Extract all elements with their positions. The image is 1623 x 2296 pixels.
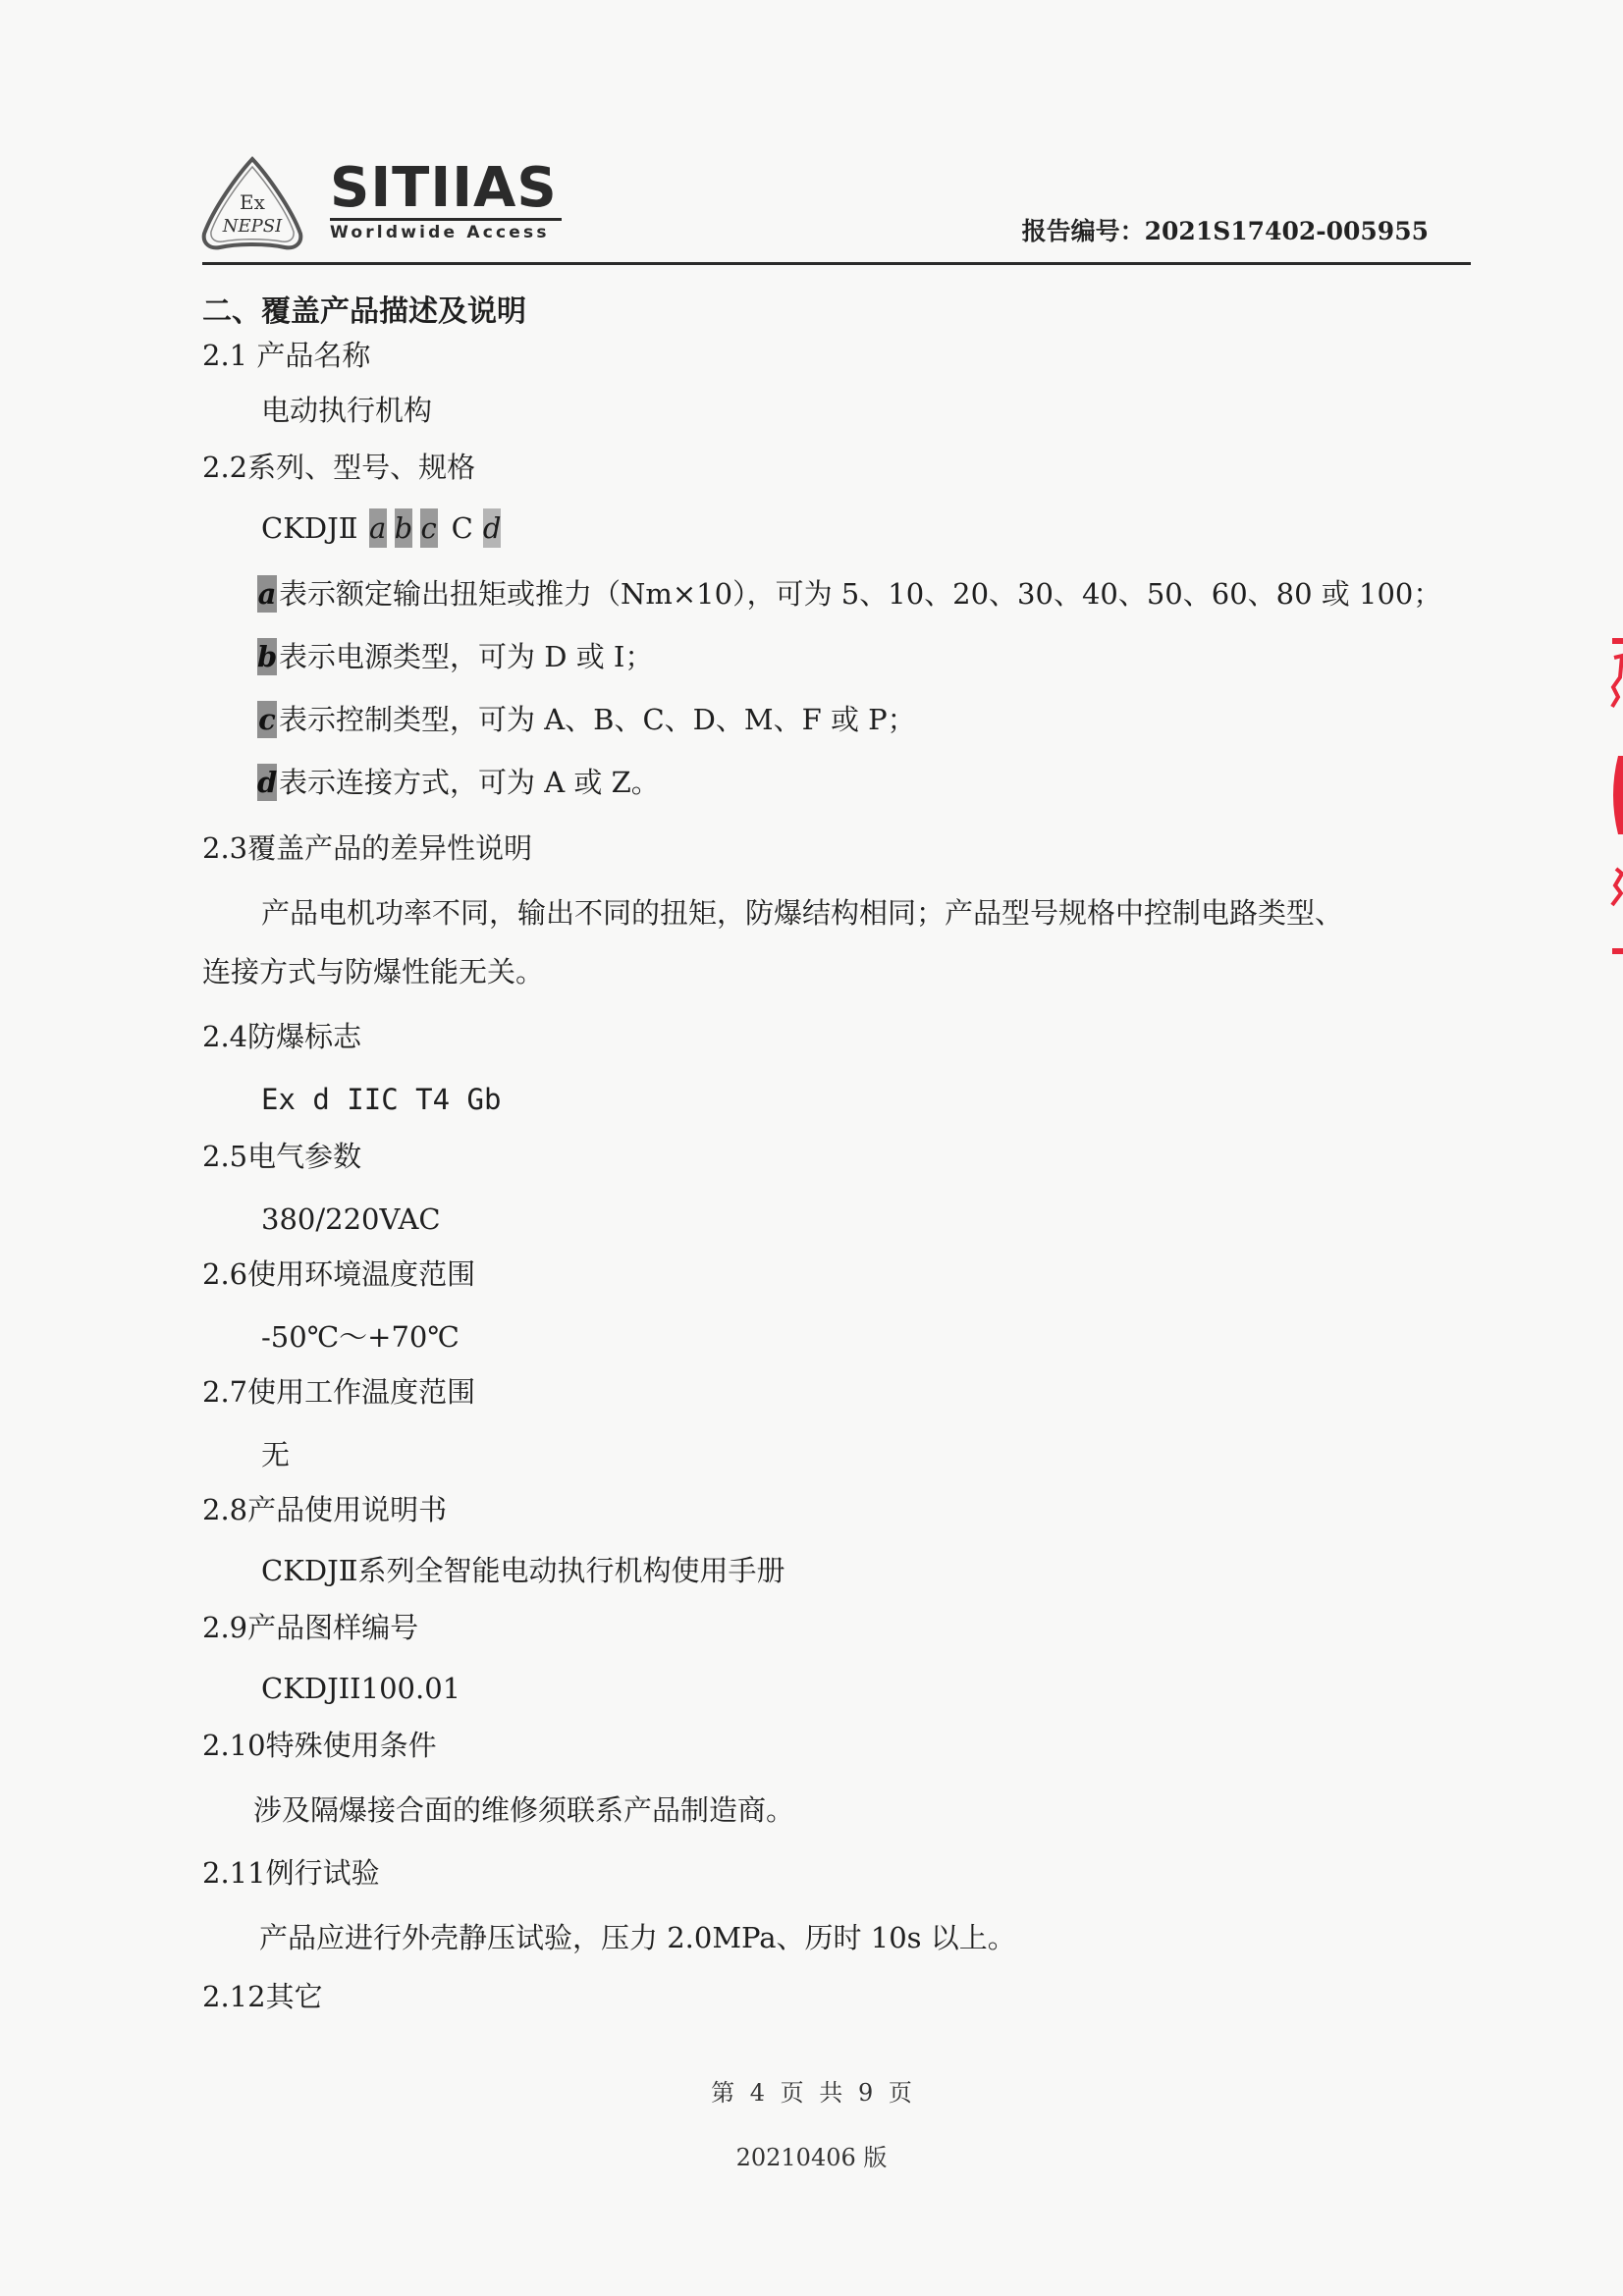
item-2-5-heading: 2.5电气参数 (202, 1139, 361, 1174)
item-2-1-heading: 2.1 产品名称 (202, 338, 370, 373)
item-label: 使用环境温度范围 (247, 1257, 475, 1291)
model-var-d: d (483, 508, 501, 548)
item-2-11-heading: 2.11例行试验 (202, 1855, 380, 1891)
model-var-a: a (369, 508, 387, 548)
item-label: 使用工作温度范围 (247, 1375, 475, 1409)
item-2-4-heading: 2.4防爆标志 (202, 1019, 361, 1054)
definition-d: d表示连接方式，可为 A 或 Z。 (257, 764, 660, 801)
definition-var: b (257, 638, 277, 675)
nepsi-ex-logo-icon: Ex NEPSI (198, 155, 306, 253)
item-2-7-value: 无 (261, 1437, 290, 1472)
item-number: 2.9 (202, 1611, 247, 1644)
item-label: 特殊使用条件 (266, 1729, 437, 1762)
item-label: 防爆标志 (247, 1020, 361, 1053)
model-code: CKDJⅡ abcCd (261, 508, 507, 548)
item-label: 覆盖产品的差异性说明 (247, 831, 532, 865)
brand-tagline: Worldwide Access (330, 223, 575, 242)
item-label: 产品图样编号 (247, 1611, 418, 1644)
definition-text: 表示电源类型，可为 D 或 I； (279, 640, 653, 673)
item-label: 电气参数 (247, 1140, 361, 1173)
item-number: 2.3 (202, 831, 247, 865)
item-label: 系列、型号、规格 (247, 451, 475, 484)
item-2-8-value: CKDJⅡ系列全智能电动执行机构使用手册 (261, 1553, 784, 1588)
report-number-label: 报告编号： (1022, 217, 1145, 245)
item-2-12-heading: 2.12其它 (202, 1979, 323, 2014)
item-2-11-value: 产品应进行外壳静压试验，压力 2.0MPa、历时 10s 以上。 (259, 1920, 1016, 1955)
model-var-c: c (420, 508, 438, 548)
item-2-9-heading: 2.9产品图样编号 (202, 1610, 418, 1645)
section-title: 二、覆盖产品描述及说明 (202, 294, 526, 330)
item-2-7-heading: 2.7使用工作温度范围 (202, 1374, 475, 1410)
logo-nepsi-text: NEPSI (222, 216, 283, 237)
item-label: 例行试验 (266, 1856, 380, 1890)
item-number: 2.5 (202, 1140, 247, 1173)
model-prefix: CKDJⅡ (261, 511, 357, 545)
item-number: 2.7 (202, 1375, 247, 1409)
item-label: 其它 (266, 1980, 323, 2013)
item-2-8-heading: 2.8产品使用说明书 (202, 1492, 447, 1527)
item-number: 2.11 (202, 1856, 266, 1890)
model-var-b: b (395, 508, 412, 548)
item-label: 产品使用说明书 (247, 1493, 447, 1526)
model-fixed-c: C (452, 511, 473, 545)
item-number: 2.10 (202, 1729, 266, 1762)
definition-var: c (257, 701, 277, 738)
red-seal-stamp-icon (1598, 628, 1623, 962)
item-2-9-value: CKDJII100.01 (261, 1671, 460, 1706)
report-number-value: 2021S17402-005955 (1145, 217, 1429, 245)
item-2-4-value: Ex d IIC T4 Gb (261, 1082, 501, 1117)
definition-text: 表示控制类型，可为 A、B、C、D、M、F 或 P； (279, 703, 916, 736)
item-2-10-value: 涉及隔爆接合面的维修须联系产品制造商。 (253, 1792, 794, 1828)
definition-b: b表示电源类型，可为 D 或 I； (257, 638, 653, 675)
item-2-6-heading: 2.6使用环境温度范围 (202, 1256, 475, 1292)
definition-var: a (257, 575, 277, 613)
item-number: 2.6 (202, 1257, 247, 1291)
logo-ex-text: Ex (240, 190, 266, 214)
item-number: 2.12 (202, 1980, 266, 2013)
item-2-3-paragraph-line1: 产品电机功率不同，输出不同的扭矩，防爆结构相同；产品型号规格中控制电路类型、 (261, 895, 1343, 931)
definition-c: c表示控制类型，可为 A、B、C、D、M、F 或 P； (257, 701, 916, 738)
item-number: 2.4 (202, 1020, 247, 1053)
page-indicator: 第 4 页 共 9 页 (0, 2073, 1623, 2108)
item-2-1-value: 电动执行机构 (261, 393, 432, 428)
brand-name: SITIIAS (330, 161, 575, 216)
report-number: 报告编号：2021S17402-005955 (1022, 212, 1429, 247)
item-2-5-value: 380/220VAC (261, 1201, 441, 1237)
item-2-6-value: -50℃～+70℃ (261, 1319, 460, 1355)
item-number: 2.1 (202, 339, 247, 372)
item-2-2-heading: 2.2系列、型号、规格 (202, 450, 475, 485)
definition-var: d (257, 764, 277, 801)
item-label: 产品名称 (256, 339, 370, 372)
version-label: 20210406 版 (0, 2138, 1623, 2172)
item-2-3-heading: 2.3覆盖产品的差异性说明 (202, 830, 532, 866)
definition-text: 表示额定输出扭矩或推力（Nm×10），可为 5、10、20、30、40、50、6… (279, 577, 1441, 611)
item-2-10-heading: 2.10特殊使用条件 (202, 1728, 437, 1763)
item-2-3-paragraph-line2: 连接方式与防爆性能无关。 (202, 954, 544, 989)
item-number: 2.2 (202, 451, 247, 484)
header-divider (202, 262, 1471, 265)
document-page: Ex NEPSI SITIIAS Worldwide Access 报告编号：2… (0, 0, 1623, 2296)
brand-logo: SITIIAS Worldwide Access (330, 161, 575, 242)
definition-a: a表示额定输出扭矩或推力（Nm×10），可为 5、10、20、30、40、50、… (257, 575, 1441, 613)
definition-text: 表示连接方式，可为 A 或 Z。 (279, 766, 660, 799)
item-number: 2.8 (202, 1493, 247, 1526)
